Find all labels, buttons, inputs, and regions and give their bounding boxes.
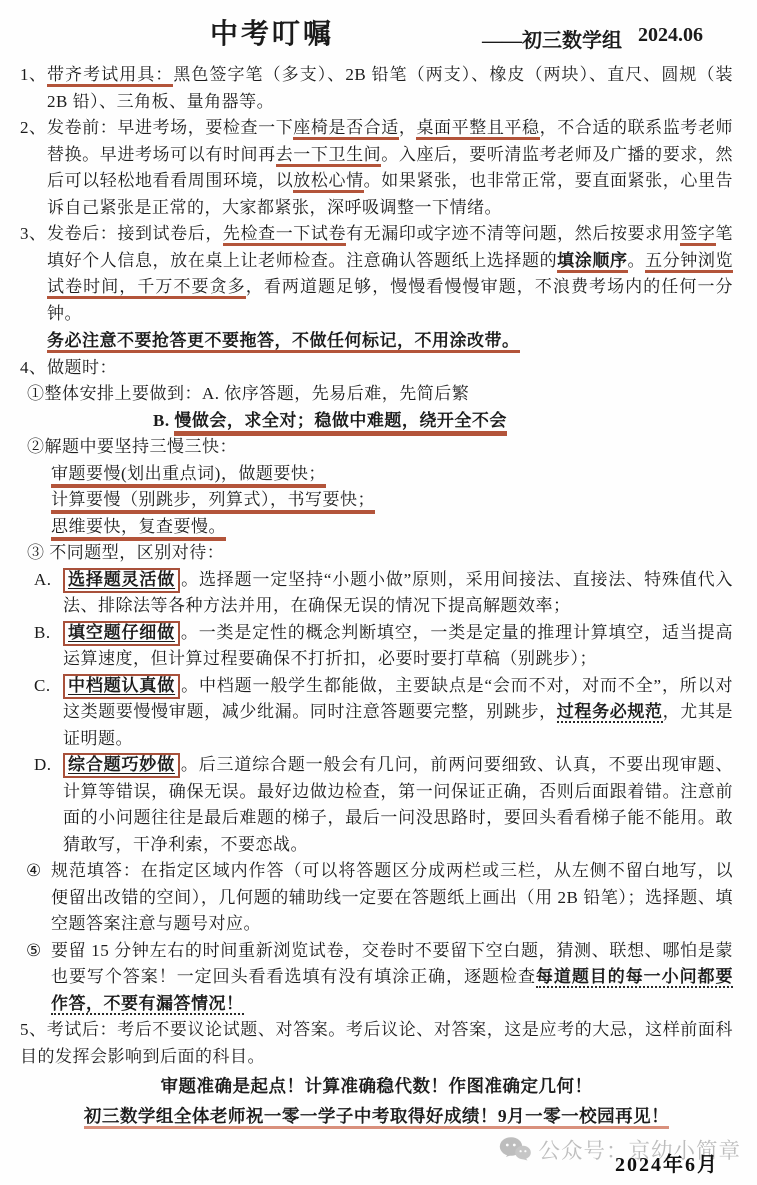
text-run-box: 选择题灵活做 xyxy=(63,568,180,593)
text-run: ， xyxy=(399,118,417,137)
item-4-sub4: ④规范填答：在指定区域内作答（可以将答题区分成两栏或三栏，从左侧不留白地写，以便… xyxy=(20,858,733,938)
text-run-ru: 桌面平整且平稳 xyxy=(416,118,539,140)
text-run: ②解题中要坚持三慢三快： xyxy=(27,437,237,456)
text-run: 发卷前：早进考场，要检查一下 xyxy=(47,118,293,137)
text-run: 5、考试后：考后不要议论试题、对答案。考后议论、对答案，这是应考的大忌，这样前面… xyxy=(20,1020,733,1066)
text-run: 发卷后：接到试卷后， xyxy=(47,224,223,243)
list-marker: 4、 xyxy=(20,355,47,382)
text-run-bru: 填涂顺序 xyxy=(557,251,627,273)
text-run-ru: 放松心情 xyxy=(293,171,363,193)
item-5: 5、考试后：考后不要议论试题、对答案。考后议论、对答案，这是应考的大忌，这样前面… xyxy=(20,1017,733,1070)
text-run-brut: 慢做会，求全对；稳做中难题，绕开全不会 xyxy=(174,411,507,436)
text-run-b: B. xyxy=(153,411,174,430)
list-marker: 2、 xyxy=(20,115,47,142)
item-4: 4、做题时： xyxy=(20,355,733,382)
text-run-bu: 过程务必规范 xyxy=(557,702,663,723)
text-run-box: 填空题仔细做 xyxy=(63,621,180,646)
list-marker: 1、 xyxy=(20,62,47,89)
text-run-rut: 思维要快，复查要慢。 xyxy=(51,517,226,541)
text-run: 。 xyxy=(628,251,646,270)
page-subtitle: ——初三数学组 2024.06 xyxy=(482,24,703,53)
text-run-ru: 去一下卫生间 xyxy=(276,145,382,167)
type-A: A.选择题灵活做。选择题一定坚持“小题小做”原则，采用间接法、直接法、特殊值代入… xyxy=(20,567,733,620)
text-run: 做题时： xyxy=(47,358,117,377)
text-run: ③ 不同题型，区别对待： xyxy=(27,543,224,562)
document-header: 中考叮嘱 ——初三数学组 2024.06 xyxy=(0,0,757,56)
slow-fast-1: 审题要慢(划出重点词)，做题要快； xyxy=(20,461,733,488)
text-run-box: 综合题巧妙做 xyxy=(63,753,180,778)
type-C: C.中档题认真做。中档题一般学生都能做，主要缺点是“会而不对，对而不全”，所以对… xyxy=(20,673,733,753)
type-D: D.综合题巧妙做。后三道综合题一般会有几问，前两问要细致、认真，不要出现审题、计… xyxy=(20,752,733,858)
list-marker: B. xyxy=(34,620,51,647)
list-marker: A. xyxy=(34,567,52,594)
text-run-rut: 计算要慢（别跳步，列算式），书写要快； xyxy=(51,490,375,514)
subtitle-group-name: ——初三数学组 xyxy=(482,24,622,53)
text-run-bru: 务必注意不要抢答更不要拖答， xyxy=(47,331,292,353)
item-1: 1、带齐考试用具：黑色签字笔（多支）、2B 铅笔（两支）、橡皮（两块）、直尺、圆… xyxy=(20,62,733,115)
item-4-sub5: ⑤要留 15 分钟左右的时间重新浏览试卷，交卷时不要留下空白题，猜测、联想、哪怕… xyxy=(20,938,733,1018)
list-marker: ⑤ xyxy=(26,938,42,965)
item-3-warning: 务必注意不要抢答更不要拖答，不做任何标记，不用涂改带。 xyxy=(20,328,733,355)
type-B: B.填空题仔细做。一类是定性的概念判断填空，一类是定量的推理计算填空，适当提高运… xyxy=(20,620,733,673)
subtitle-date: 2024.06 xyxy=(638,24,703,53)
text-run-ru: 座椅是否合适 xyxy=(293,118,399,140)
text-run: ①整体安排上要做到：A. 依序答题，先易后难，先简后繁 xyxy=(27,384,469,403)
document-date: 2024年6月 xyxy=(615,1148,719,1177)
text-run-ru: 先检查一下试卷 xyxy=(223,224,346,246)
wechat-icon xyxy=(499,1136,531,1163)
text-run-rut: 审题要慢(划出重点词)，做题要快； xyxy=(51,464,326,488)
list-marker: C. xyxy=(34,673,51,700)
item-4-sub2: ②解题中要坚持三慢三快： xyxy=(20,434,733,461)
text-run-brul: 初三数学组全体老师祝一零一学子中考取得好成绩！9月一零一校园再见！ xyxy=(84,1106,669,1129)
item-2: 2、发卷前：早进考场，要检查一下座椅是否合适，桌面平整且平稳，不合适的联系监考老… xyxy=(20,115,733,221)
list-marker: 3、 xyxy=(20,221,47,248)
page-title: 中考叮嘱 xyxy=(210,12,334,52)
text-run-ru: 带齐考试用具： xyxy=(47,65,173,87)
slow-fast-2: 计算要慢（别跳步，列算式），书写要快； xyxy=(20,487,733,514)
item-4-sub1-B: B. 慢做会，求全对；稳做中难题，绕开全不会 xyxy=(20,408,733,435)
closing-slogan-1: 审题准确是起点！计算准确稳代数！作图准确定几何！ xyxy=(20,1073,733,1100)
text-run: 规范填答：在指定区域内作答（可以将答题区分成两栏或三栏，从左侧不留白地写，以便留… xyxy=(51,861,733,933)
document-body: 1、带齐考试用具：黑色签字笔（多支）、2B 铅笔（两支）、橡皮（两块）、直尺、圆… xyxy=(0,56,757,1129)
text-run: 有无漏印或字迹不清等问题，然后按要求用 xyxy=(346,224,680,243)
list-marker: D. xyxy=(34,752,52,779)
text-run-ru: 签字 xyxy=(680,224,715,246)
closing-slogan-2: 初三数学组全体老师祝一零一学子中考取得好成绩！9月一零一校园再见！ xyxy=(20,1103,733,1130)
item-4-sub3: ③ 不同题型，区别对待： xyxy=(20,540,733,567)
list-marker: ④ xyxy=(26,858,42,885)
text-run-box: 中档题认真做 xyxy=(63,674,180,699)
slow-fast-3: 思维要快，复查要慢。 xyxy=(20,514,733,541)
item-3: 3、发卷后：接到试卷后，先检查一下试卷有无漏印或字迹不清等问题，然后按要求用签字… xyxy=(20,221,733,327)
text-run-bru: 不做任何标记，不用涂改带。 xyxy=(292,331,520,353)
text-run-b: 审题准确是起点！计算准确稳代数！作图准确定几何！ xyxy=(161,1076,593,1096)
document-page: 中考叮嘱 ——初三数学组 2024.06 1、带齐考试用具：黑色签字笔（多支）、… xyxy=(0,0,757,1185)
item-4-sub1: ①整体安排上要做到：A. 依序答题，先易后难，先简后繁 xyxy=(20,381,733,408)
